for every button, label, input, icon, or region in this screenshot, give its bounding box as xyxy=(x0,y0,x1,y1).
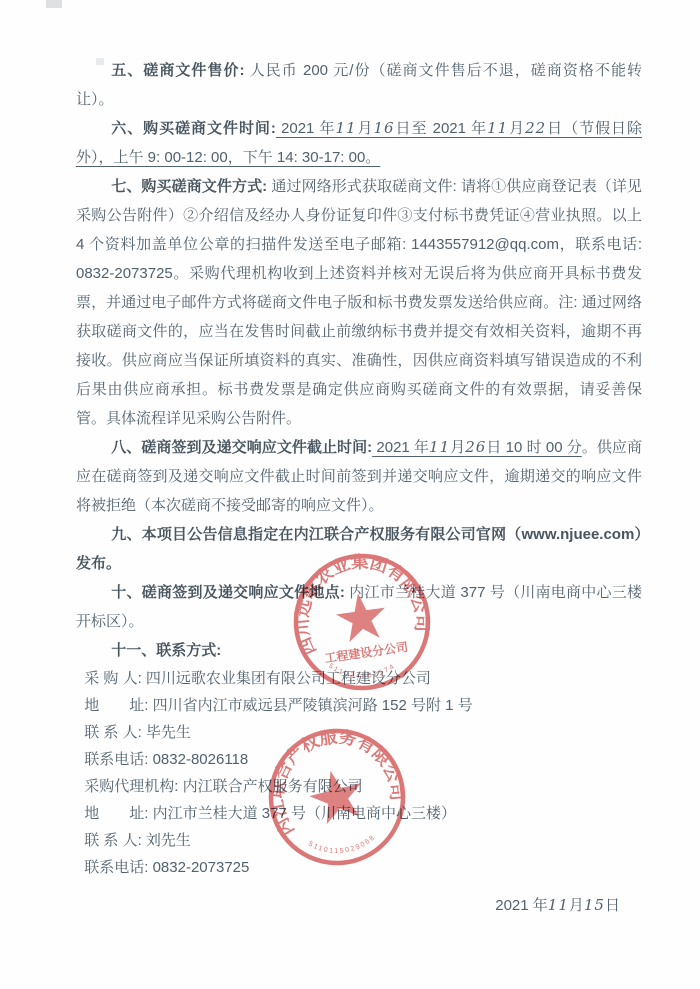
document-page: 五、磋商文件售价: 人民币 200 元/份（磋商文件售后不退，磋商资格不能转让）… xyxy=(0,0,700,989)
item-5: 五、磋商文件售价: 人民币 200 元/份（磋商文件售后不退，磋商资格不能转让）… xyxy=(76,56,642,114)
text-segment: 九、本项目公告信息指定在内江联合产权服务有限公司官网（www.njuee.com… xyxy=(76,526,642,572)
date-line: 2021 年11月15日 xyxy=(76,891,642,920)
text-segment: 2021 年 xyxy=(276,120,336,137)
text-segment: 日至 2021 年 xyxy=(395,120,487,137)
text-segment: 11 xyxy=(487,119,508,137)
item-10: 十、磋商签到及递交响应文件地点: 内江市兰桂大道 377 号（川南电商中心三楼开… xyxy=(76,578,642,636)
scan-artifact xyxy=(46,0,62,8)
text-segment: 11 xyxy=(548,896,569,914)
document-body: 五、磋商文件售价: 人民币 200 元/份（磋商文件售后不退，磋商资格不能转让）… xyxy=(76,56,642,920)
text-segment: 十、磋商签到及递交响应文件地点: xyxy=(111,584,345,601)
text-segment: 月 xyxy=(569,897,584,914)
text-segment: 联 系 人: 刘先生 xyxy=(84,832,191,849)
contact-agency-address: 地 址: 内江市兰桂大道 377 号（川南电商中心三楼） xyxy=(76,800,642,827)
text-segment: 11 xyxy=(335,119,356,137)
text-segment: 八、磋商签到及递交响应文件截止时间: xyxy=(111,439,372,456)
contact-purchaser-address: 地 址: 四川省内江市威远县严陵镇滨河路 152 号附 1 号 xyxy=(76,692,642,719)
contact-purchaser-phone: 联系电话: 0832-8026118 xyxy=(76,746,642,773)
text-segment: 16 xyxy=(374,119,395,137)
text-segment: 15 xyxy=(584,896,605,914)
text-segment: 通过网络形式获取磋商文件: 请将①供应商登记表（详见采购公告附件）②介绍信及经办… xyxy=(76,178,642,427)
contact-agency: 采购代理机构: 内江联合产权服务有限公司 xyxy=(76,773,642,800)
item-11: 十一、联系方式: xyxy=(76,636,642,665)
text-segment: 22 xyxy=(525,119,546,137)
contact-purchaser: 采 购 人: 四川远歌农业集团有限公司工程建设分公司 xyxy=(76,665,642,692)
text-segment: 联系电话: 0832-8026118 xyxy=(84,751,248,768)
text-segment: 11 xyxy=(429,438,450,456)
text-segment: 十一、联系方式: xyxy=(111,642,221,659)
text-segment: 六、购买磋商文件时间: xyxy=(111,120,276,137)
text-segment: 地 址: 内江市兰桂大道 377 号（川南电商中心三楼） xyxy=(84,805,456,822)
item-9: 九、本项目公告信息指定在内江联合产权服务有限公司官网（www.njuee.com… xyxy=(76,520,642,578)
text-segment: 2021 年 xyxy=(495,897,548,914)
text-segment: 联系电话: 0832-2073725 xyxy=(84,859,249,876)
item-7: 七、购买磋商文件方式: 通过网络形式获取磋商文件: 请将①供应商登记表（详见采购… xyxy=(76,172,642,433)
contact-agency-phone: 联系电话: 0832-2073725 xyxy=(76,854,642,881)
item-8: 八、磋商签到及递交响应文件截止时间: 2021 年11月26日 10 时 00 … xyxy=(76,433,642,520)
text-segment: 2021 年 xyxy=(372,439,429,456)
text-segment: 26 xyxy=(465,438,486,456)
text-segment: 日 xyxy=(605,897,620,914)
contact-agency-person: 联 系 人: 刘先生 xyxy=(76,827,642,854)
contact-purchaser-person: 联 系 人: 毕先生 xyxy=(76,719,642,746)
text-segment: 采 购 人: 四川远歌农业集团有限公司工程建设分公司 xyxy=(84,670,431,687)
text-segment: 七、购买磋商文件方式: xyxy=(111,178,267,195)
text-segment: 月 xyxy=(508,120,525,137)
text-segment: 月 xyxy=(357,120,374,137)
text-segment: 地 址: 四川省内江市威远县严陵镇滨河路 152 号附 1 号 xyxy=(84,697,472,714)
text-segment: 联 系 人: 毕先生 xyxy=(84,724,191,741)
text-segment: 采购代理机构: 内江联合产权服务有限公司 xyxy=(84,778,362,795)
text-segment: 日 10 时 00 分 xyxy=(486,439,581,456)
item-6: 六、购买磋商文件时间: 2021 年11月16日至 2021 年11月22日（节… xyxy=(76,114,642,172)
text-segment: 月 xyxy=(450,439,465,456)
text-segment: 五、磋商文件售价: xyxy=(111,62,244,79)
